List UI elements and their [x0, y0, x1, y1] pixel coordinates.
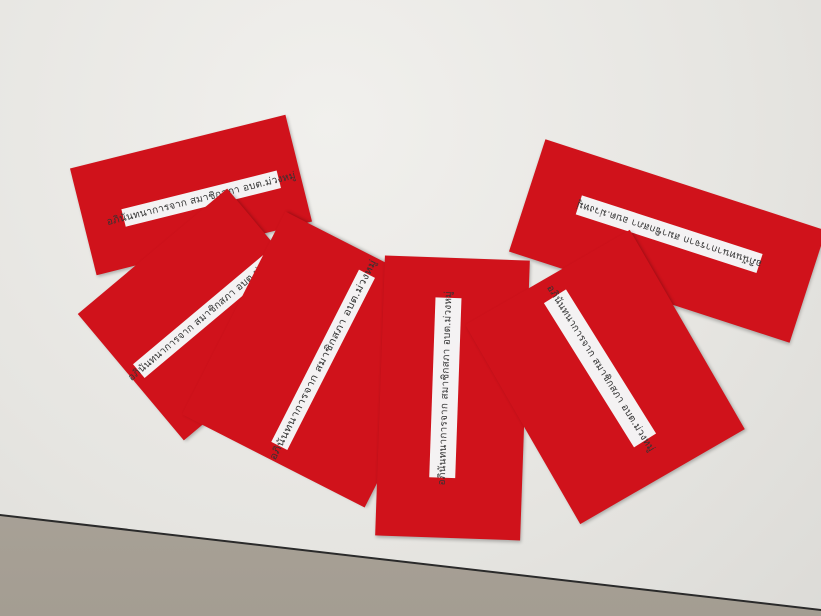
- envelope-label: อภินันทนาการจาก สมาชิกสภา อบต.ม่วงหมู่: [429, 297, 461, 478]
- envelope-label: อภินันทนาการจาก สมาชิกสภา อบต.ม่วงหมู่: [544, 289, 656, 447]
- envelope-label: อภินันทนาการจาก สมาชิกสภา อบต.ม่วงหมู่: [271, 270, 375, 450]
